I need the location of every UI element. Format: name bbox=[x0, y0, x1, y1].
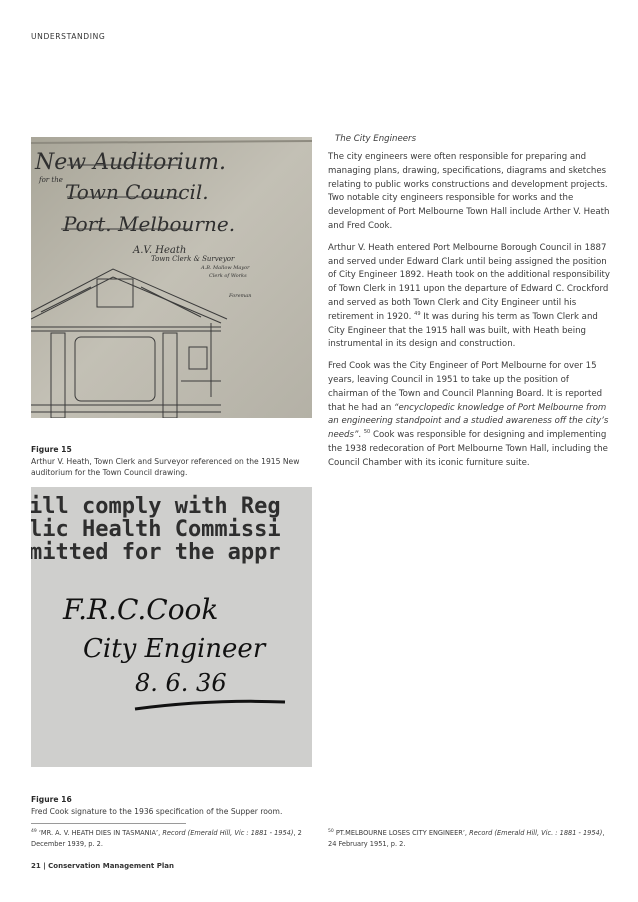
svg-text:A.B. Mallow Mayor: A.B. Mallow Mayor bbox=[200, 265, 250, 271]
quoted-text: “encyclopedic knowledge of Port Melbourn… bbox=[328, 403, 608, 441]
article-paragraph: Arthur V. Heath entered Port Melbourne B… bbox=[328, 242, 610, 352]
footnote-source: Record (Emerald Hill, Vic. : 1881 - 1954… bbox=[469, 829, 602, 837]
svg-text:lic Health Commissi: lic Health Commissi bbox=[31, 517, 281, 542]
svg-text:New Auditorium.: New Auditorium. bbox=[34, 150, 226, 175]
footnote-ref: 50 bbox=[364, 429, 370, 435]
svg-text:Port. Melbourne.: Port. Melbourne. bbox=[62, 212, 235, 236]
article-paragraph: The city engineers were often responsibl… bbox=[328, 151, 610, 234]
footnote-divider bbox=[31, 823, 186, 824]
svg-text:for the: for the bbox=[38, 176, 63, 184]
footnote-ref: 49 bbox=[414, 311, 420, 317]
figure-15-title: Figure 15 bbox=[31, 444, 321, 456]
article-paragraph: Fred Cook was the City Engineer of Port … bbox=[328, 360, 610, 470]
footnote-source: Record (Emerald Hill, Vic : 1881 - 1954) bbox=[162, 829, 293, 837]
footnote-number: 50 bbox=[328, 829, 334, 834]
page-footer: 21 | Conservation Management Plan bbox=[31, 862, 174, 870]
figure-16-caption: Figure 16 Fred Cook signature to the 193… bbox=[31, 794, 321, 817]
figure-15-image: New Auditorium. for the Town Council. Po… bbox=[31, 137, 312, 418]
article-column: The City Engineers The city engineers we… bbox=[328, 134, 610, 479]
svg-text:F.R.C.Cook: F.R.C.Cook bbox=[62, 593, 218, 626]
svg-text:Foreman: Foreman bbox=[228, 293, 252, 299]
figure-16-title: Figure 16 bbox=[31, 794, 321, 806]
svg-text:8. 6. 36: 8. 6. 36 bbox=[135, 669, 227, 697]
article-subheading: The City Engineers bbox=[335, 134, 610, 144]
svg-text:Clerk of Works: Clerk of Works bbox=[209, 273, 247, 279]
architectural-drawing-illustration: New Auditorium. for the Town Council. Po… bbox=[31, 137, 312, 418]
figure-16-caption-text: Fred Cook signature to the 1936 specific… bbox=[31, 807, 282, 816]
signature-document-illustration: ill comply with Reg lic Health Commissi … bbox=[31, 487, 312, 767]
svg-text:ill comply with Reg: ill comply with Reg bbox=[31, 494, 281, 519]
figure-16-image: ill comply with Reg lic Health Commissi … bbox=[31, 487, 312, 767]
section-label: UNDERSTANDING bbox=[31, 32, 105, 41]
svg-text:mitted for the appr: mitted for the appr bbox=[31, 540, 281, 565]
footnote-49: 49 ‘MR. A. V. HEATH DIES IN TASMANIA’, R… bbox=[31, 828, 311, 850]
footnote-50: 50 PT.MELBOURNE LOSES CITY ENGINEER’, Re… bbox=[328, 828, 608, 850]
footnote-number: 49 bbox=[31, 829, 37, 834]
figure-15-caption-text: Arthur V. Heath, Town Clerk and Surveyor… bbox=[31, 457, 299, 478]
figure-15-caption: Figure 15 Arthur V. Heath, Town Clerk an… bbox=[31, 444, 321, 479]
svg-text:Town Clerk & Surveyor: Town Clerk & Surveyor bbox=[151, 255, 235, 263]
svg-text:Town Council.: Town Council. bbox=[65, 180, 209, 204]
svg-text:City Engineer: City Engineer bbox=[83, 634, 267, 664]
